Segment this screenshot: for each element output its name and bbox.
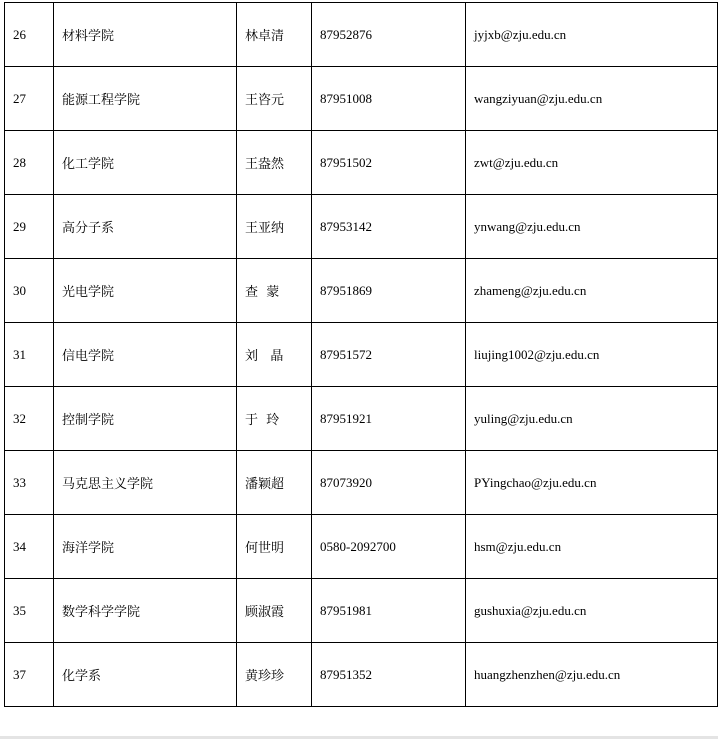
phone-number: 87073920 — [312, 451, 466, 515]
unit-name: 信电学院 — [54, 323, 237, 387]
table-row: 31 信电学院 刘 晶 87951572 liujing1002@zju.edu… — [5, 323, 718, 387]
email-address: zhameng@zju.edu.cn — [466, 259, 718, 323]
phone-number: 87953142 — [312, 195, 466, 259]
table-row: 35 数学科学学院 顾淑霞 87951981 gushuxia@zju.edu.… — [5, 579, 718, 643]
contact-name: 林卓清 — [237, 3, 312, 67]
email-address: PYingchao@zju.edu.cn — [466, 451, 718, 515]
email-address: gushuxia@zju.edu.cn — [466, 579, 718, 643]
email-address: yuling@zju.edu.cn — [466, 387, 718, 451]
phone-number: 87951981 — [312, 579, 466, 643]
table-row: 37 化学系 黄珍珍 87951352 huangzhenzhen@zju.ed… — [5, 643, 718, 707]
unit-name: 化工学院 — [54, 131, 237, 195]
unit-name: 高分子系 — [54, 195, 237, 259]
phone-number: 87951572 — [312, 323, 466, 387]
email-address: wangziyuan@zju.edu.cn — [466, 67, 718, 131]
phone-number: 87952876 — [312, 3, 466, 67]
phone-number: 87951502 — [312, 131, 466, 195]
contact-name: 黄珍珍 — [237, 643, 312, 707]
unit-name: 数学科学学院 — [54, 579, 237, 643]
unit-name: 化学系 — [54, 643, 237, 707]
row-number: 27 — [5, 67, 54, 131]
email-address: hsm@zju.edu.cn — [466, 515, 718, 579]
phone-number: 87951008 — [312, 67, 466, 131]
contact-name: 于 玲 — [237, 387, 312, 451]
contact-name: 王亚纳 — [237, 195, 312, 259]
contact-name: 王盎然 — [237, 131, 312, 195]
row-number: 31 — [5, 323, 54, 387]
table-row: 28 化工学院 王盎然 87951502 zwt@zju.edu.cn — [5, 131, 718, 195]
contacts-table: 26 材料学院 林卓清 87952876 jyjxb@zju.edu.cn 27… — [4, 2, 718, 707]
table-row: 26 材料学院 林卓清 87952876 jyjxb@zju.edu.cn — [5, 3, 718, 67]
table-row: 32 控制学院 于 玲 87951921 yuling@zju.edu.cn — [5, 387, 718, 451]
contact-name: 何世明 — [237, 515, 312, 579]
row-number: 33 — [5, 451, 54, 515]
row-number: 29 — [5, 195, 54, 259]
unit-name: 马克思主义学院 — [54, 451, 237, 515]
email-address: jyjxb@zju.edu.cn — [466, 3, 718, 67]
unit-name: 控制学院 — [54, 387, 237, 451]
phone-number: 0580-2092700 — [312, 515, 466, 579]
contact-name: 刘 晶 — [237, 323, 312, 387]
table-row: 27 能源工程学院 王咨元 87951008 wangziyuan@zju.ed… — [5, 67, 718, 131]
phone-number: 87951352 — [312, 643, 466, 707]
email-address: huangzhenzhen@zju.edu.cn — [466, 643, 718, 707]
phone-number: 87951921 — [312, 387, 466, 451]
contact-name: 查 蒙 — [237, 259, 312, 323]
row-number: 28 — [5, 131, 54, 195]
contact-name: 顾淑霞 — [237, 579, 312, 643]
unit-name: 能源工程学院 — [54, 67, 237, 131]
contact-name: 潘颖超 — [237, 451, 312, 515]
phone-number: 87951869 — [312, 259, 466, 323]
unit-name: 材料学院 — [54, 3, 237, 67]
row-number: 32 — [5, 387, 54, 451]
table-row: 33 马克思主义学院 潘颖超 87073920 PYingchao@zju.ed… — [5, 451, 718, 515]
row-number: 26 — [5, 3, 54, 67]
table-row: 34 海洋学院 何世明 0580-2092700 hsm@zju.edu.cn — [5, 515, 718, 579]
row-number: 37 — [5, 643, 54, 707]
contact-name: 王咨元 — [237, 67, 312, 131]
row-number: 30 — [5, 259, 54, 323]
table-row: 30 光电学院 查 蒙 87951869 zhameng@zju.edu.cn — [5, 259, 718, 323]
email-address: ynwang@zju.edu.cn — [466, 195, 718, 259]
row-number: 35 — [5, 579, 54, 643]
table-row: 29 高分子系 王亚纳 87953142 ynwang@zju.edu.cn — [5, 195, 718, 259]
document-page: 26 材料学院 林卓清 87952876 jyjxb@zju.edu.cn 27… — [0, 0, 718, 736]
row-number: 34 — [5, 515, 54, 579]
email-address: liujing1002@zju.edu.cn — [466, 323, 718, 387]
email-address: zwt@zju.edu.cn — [466, 131, 718, 195]
unit-name: 海洋学院 — [54, 515, 237, 579]
unit-name: 光电学院 — [54, 259, 237, 323]
